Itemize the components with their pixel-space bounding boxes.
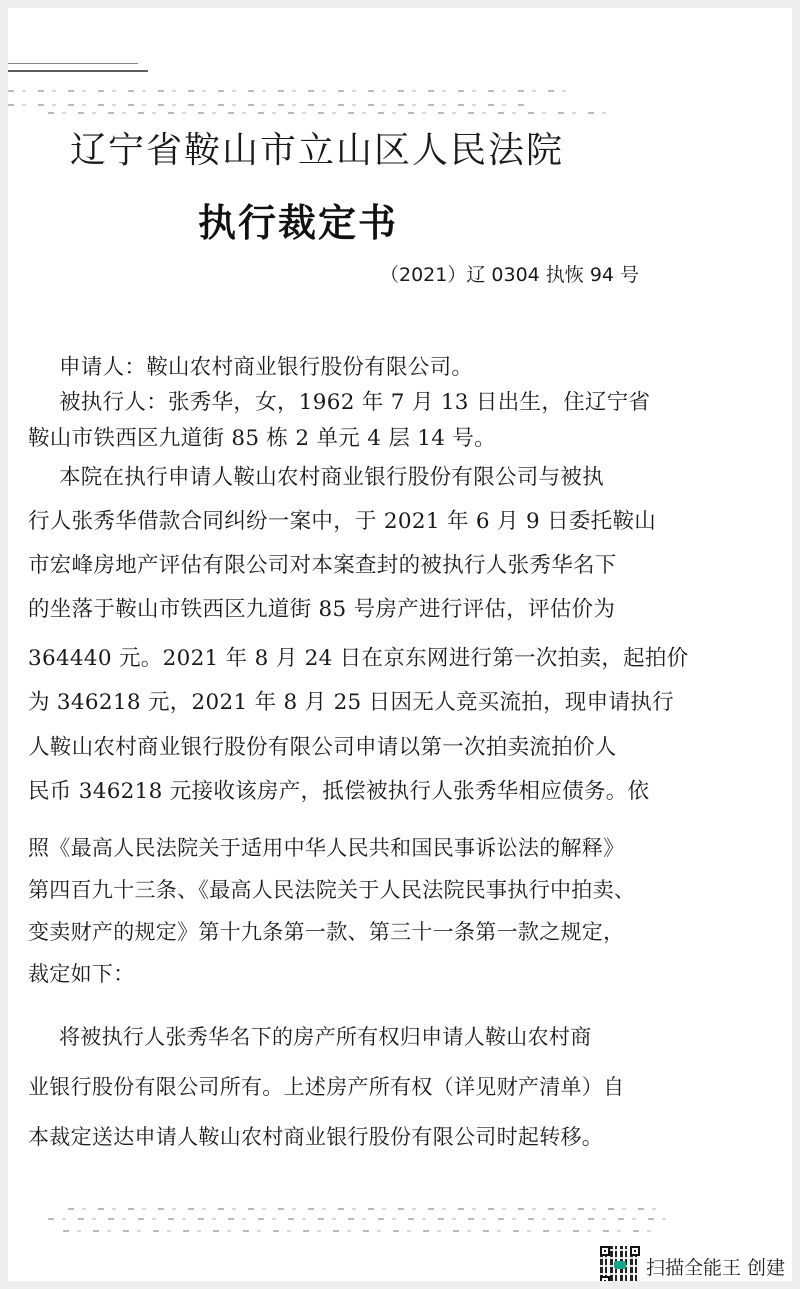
scan-artifact-noise xyxy=(63,1230,663,1232)
body-line: 行人张秀华借款合同纠纷一案中，于 2021 年 6 月 9 日委托鞍山 xyxy=(28,504,656,535)
scanned-page: 辽宁省鞍山市立山区人民法院 执行裁定书 （2021）辽 0304 执恢 94 号… xyxy=(8,8,792,1281)
scan-artifact-noise xyxy=(8,104,528,106)
watermark-text: 扫描全能王 创建 xyxy=(646,1253,785,1280)
scan-artifact-noise xyxy=(48,112,608,114)
document-title: 执行裁定书 xyxy=(198,192,398,247)
body-line: 市宏峰房地产评估有限公司对本案查封的被执行人张秀华名下 xyxy=(28,548,617,579)
scan-artifact-line xyxy=(8,63,138,64)
body-line: 364440 元。2021 年 8 月 24 日在京东网进行第一次拍卖，起拍价 xyxy=(28,641,689,672)
scan-artifact-noise xyxy=(8,90,568,92)
respondent-line-2: 鞍山市铁西区九道街 85 栋 2 单元 4 层 14 号。 xyxy=(28,421,496,452)
body-line: 人鞍山农村商业银行股份有限公司申请以第一次拍卖流拍价人 xyxy=(28,730,617,761)
body-line: 照《最高人民法院关于适用中华人民共和国民事诉讼法的解释》 xyxy=(28,832,624,862)
ruling-line: 业银行股份有限公司所有。上述房产所有权（详见财产清单）自 xyxy=(28,1071,624,1101)
body-line: 民币 346218 元接收该房产，抵偿被执行人张秀华相应债务。依 xyxy=(28,774,649,805)
court-name: 辽宁省鞍山市立山区人民法院 xyxy=(70,122,564,173)
qr-code-icon xyxy=(600,1246,640,1281)
scan-artifact-noise xyxy=(48,1218,668,1220)
ruling-line: 将被执行人张秀华名下的房产所有权归申请人鞍山农村商 xyxy=(59,1021,592,1051)
scanner-watermark: 扫描全能王 创建 xyxy=(600,1246,785,1281)
body-line: 裁定如下： xyxy=(28,958,135,988)
body-line: 的坐落于鞍山市铁西区九道街 85 号房产进行评估，评估价为 xyxy=(28,592,615,623)
ruling-line: 本裁定送达申请人鞍山农村商业银行股份有限公司时起转移。 xyxy=(28,1121,603,1151)
scan-artifact-noise xyxy=(68,1208,668,1210)
case-number: （2021）辽 0304 执恢 94 号 xyxy=(380,260,639,287)
camscanner-badge-icon xyxy=(614,1261,626,1269)
body-line: 为 346218 元，2021 年 8 月 25 日因无人竞买流拍，现申请执行 xyxy=(28,685,674,716)
body-line: 第四百九十三条、《最高人民法院关于人民法院民事执行中拍卖、 xyxy=(28,874,635,904)
applicant-line: 申请人：鞍山农村商业银行股份有限公司。 xyxy=(59,350,473,381)
body-line: 本院在执行申请人鞍山农村商业银行股份有限公司与被执 xyxy=(59,460,604,491)
scan-artifact-line xyxy=(8,70,148,72)
respondent-line-1: 被执行人：张秀华，女，1962 年 7 月 13 日出生，住辽宁省 xyxy=(59,385,650,416)
body-line: 变卖财产的规定》第十九条第一款、第三十一条第一款之规定， xyxy=(28,916,624,946)
